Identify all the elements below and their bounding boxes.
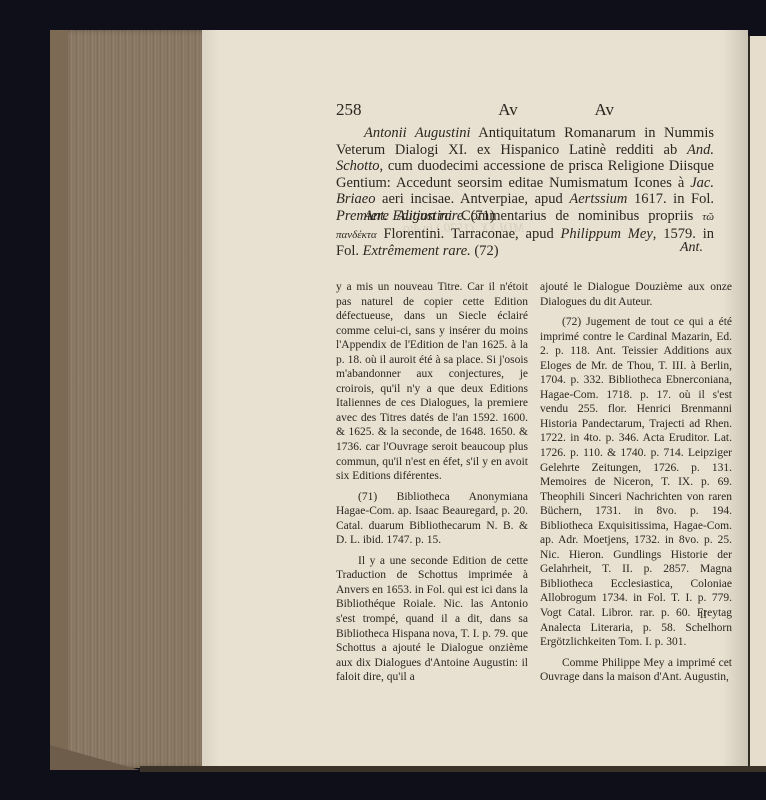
- facing-page-edge: [748, 36, 766, 766]
- entry-author: Antonii Augustini: [364, 125, 471, 141]
- entry-author: Ant. Augustini: [364, 208, 452, 224]
- footnote-72: (72) Jugement de tout ce qui a été impri…: [540, 315, 732, 650]
- footnote-paragraph: Il y a une seconde Edition de cette Trad…: [336, 554, 528, 685]
- entry-footnote-ref: (72): [471, 243, 499, 259]
- left-footnote-column: y a mis un nouveau Titre. Car il n'étoit…: [336, 280, 528, 685]
- catchword-bottom: il: [700, 607, 707, 622]
- book-page-edges: [50, 30, 223, 768]
- entry-note: Extrêmement rare.: [363, 243, 471, 259]
- entry-printer: Philippum Mey: [561, 226, 653, 242]
- entry-format: 1617. in Fol.: [627, 191, 714, 207]
- right-footnote-column: ajouté le Dialogue Douzième aux onze Dia…: [540, 280, 732, 685]
- footnote-paragraph: ajouté le Dialogue Douzième aux onze Dia…: [540, 280, 732, 309]
- bibliography-entry-72: Ant. Augustini Commentarius de nominibus…: [336, 208, 714, 260]
- running-head-right: Av: [594, 100, 614, 120]
- footnote-paragraph: Comme Philippe Mey a imprimé cet Ouvrage…: [540, 656, 732, 685]
- footnote-71: (71) Bibliotheca Anonymiana Hagae-Com. a…: [336, 490, 528, 548]
- entry-imprint: aeri incisae. Antverpiae, apud: [375, 191, 569, 207]
- book-bottom-shadow: [140, 766, 766, 772]
- catchword-top: Ant.: [680, 240, 703, 256]
- running-head-left: Av: [498, 100, 518, 120]
- entry-text: , cum duodecimi accessione de prisca Rel…: [336, 158, 714, 191]
- entry-imprint: Florentini. Tarraconae, apud: [377, 226, 561, 242]
- running-head: 258 Av Av: [336, 100, 714, 120]
- entry-title: Commentarius de nominibus propriis: [452, 208, 702, 224]
- entry-printer: Aertssium: [569, 191, 627, 207]
- page-number: 258: [336, 100, 362, 120]
- footnote-paragraph: y a mis un nouveau Titre. Car il n'étoit…: [336, 280, 528, 484]
